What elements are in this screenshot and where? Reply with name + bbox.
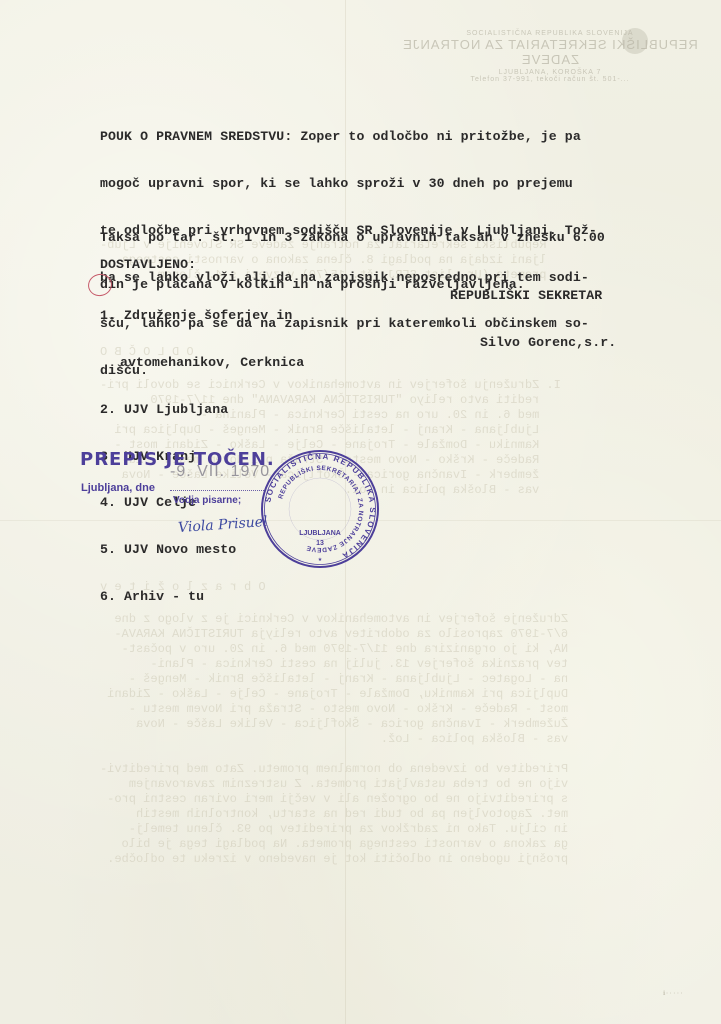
copy-stamp-dotted-line [170,490,266,491]
signatory-block: REPUBLIŠKI SEKRETAR Silvo Gorenc,s.r. [450,257,616,366]
seal-city: LJUBLJANA [299,530,341,537]
svg-text:★: ★ [318,556,323,564]
notice-line: POUK O PRAVNEM SREDSTVU: Zoper to odločb… [100,129,597,145]
notice-line: mogoč upravni spor, ki se lahko sproži v… [100,176,597,192]
copy-stamp-date: -9. VII. 1970 [170,463,270,481]
signatory-name: Silvo Gorenc,s.r. [450,335,616,351]
delivered-label: DOSTAVLJENO: [100,257,196,273]
signatory-title: REPUBLIŠKI SEKRETAR [450,288,616,304]
fee-line: Taksa po tar. št. 1 in 3 zakona o upravn… [100,230,605,246]
letterhead-line-4: Telefon 37-991, tekoči račun št. 501-... [400,76,700,83]
letterhead: SOCIALISTIČNA REPUBLIKA SLOVENIJA REPUBL… [400,30,700,83]
copy-stamp-place: Ljubljana, dne [81,482,155,494]
letterhead-line-2: REPUBLIŠKI SEKRETARIAT ZA NOTRANJE ZADEV… [400,37,700,67]
letterhead-line-3: LJUBLJANA, KOROŠKA 7 [400,69,700,76]
list-item: 6. Arhiv - tu [100,589,304,605]
seal-number: 13 [316,540,324,547]
official-seal-icon: SOCIALISTIČNA REPUBLIKA SLOVENIJA REPUBL… [260,449,380,569]
reverse-bleed-text-3: Združenje šoferjev in avtomehanikov v Ce… [100,612,568,867]
list-item-continuation: avtomehanikov, Cerknica [100,355,304,371]
list-item: 1. Združenje šoferjev in [100,308,304,324]
print-mark: ℹ····· [663,990,683,997]
list-item: 2. UJV Ljubljana [100,402,304,418]
letterhead-line-1: SOCIALISTIČNA REPUBLIKA SLOVENIJA [400,30,700,37]
copy-stamp-clerk-label: Vodja pisarne; [173,495,241,506]
